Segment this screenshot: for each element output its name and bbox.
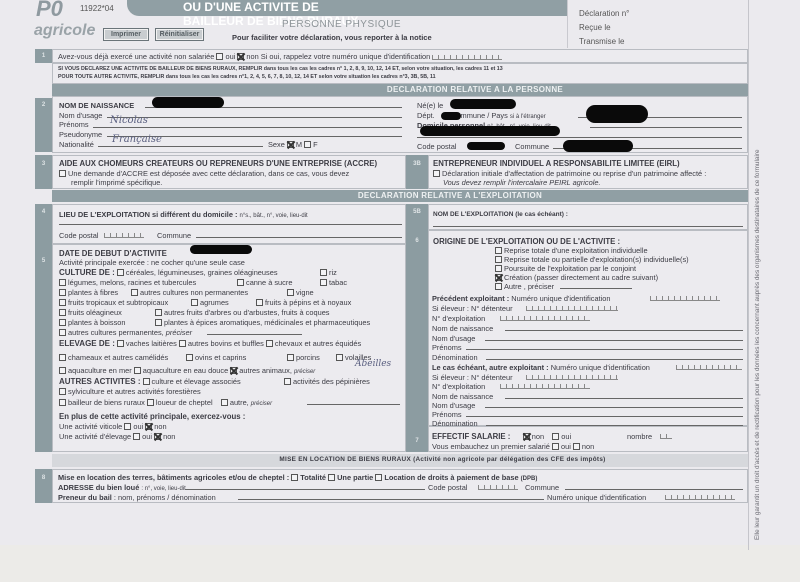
farm-postal-input[interactable] xyxy=(104,231,144,238)
other-row-landlord: bailleur de biens ruraux loueur de chept… xyxy=(59,398,272,407)
staff-count-input[interactable] xyxy=(660,432,672,439)
first-hire-yes-checkbox[interactable] xyxy=(552,443,559,450)
prev-usage-name-input[interactable] xyxy=(485,340,743,341)
culture-fibres: plantes à fibres xyxy=(59,288,118,297)
livestock-sheep: ovins et caprins xyxy=(186,353,246,362)
cerfa-number: 11922*04 xyxy=(80,4,114,13)
redaction xyxy=(586,105,648,123)
eirl-option[interactable]: Déclaration initiale d'affectation de pa… xyxy=(433,169,706,178)
reset-button[interactable]: Réinitialiser xyxy=(155,28,204,41)
form-agricole-logo: agricole xyxy=(34,22,95,40)
other-operator-id-input[interactable] xyxy=(676,363,742,370)
prev-operator-id-input[interactable] xyxy=(650,294,720,301)
origin-checkbox[interactable] xyxy=(495,283,502,290)
culture-spices: plantes à épices aromatiques, médicinale… xyxy=(155,318,370,327)
culture-beverage: plantes à boisson xyxy=(59,318,126,327)
livestock-camelids: chameaux et autres camélidés xyxy=(59,353,168,362)
home-address-line2[interactable] xyxy=(417,137,742,138)
livestock-checkbox[interactable] xyxy=(266,340,273,347)
first-names-label: Prénoms xyxy=(59,120,89,129)
culture-checkbox[interactable] xyxy=(320,279,327,286)
birth-date-label: Né(e) le xyxy=(417,101,443,110)
prev-farm-no-input[interactable] xyxy=(500,314,590,321)
home-address-input[interactable] xyxy=(590,127,742,128)
section-number: 8 xyxy=(35,469,52,503)
instructions-landlord: SI VOUS DECLAREZ UNE ACTIVITE DE BAILLEU… xyxy=(58,66,503,72)
first-names-value: Nicolas xyxy=(110,115,148,126)
redaction xyxy=(420,126,560,136)
prior-activity-yes-checkbox[interactable] xyxy=(216,53,223,60)
livestock-checkbox[interactable] xyxy=(59,354,66,361)
admin-box: Déclaration n° Reçue le Transmise le xyxy=(567,0,747,48)
livestock-row-1: ELEVAGE DE : vaches laitières autres bov… xyxy=(59,339,361,348)
sex-field: Sexe M F xyxy=(268,140,318,149)
band-exploitation: DECLARATION RELATIVE A L'EXPLOITATION xyxy=(52,190,748,202)
birth-name-label: NOM DE NAISSANCE xyxy=(59,101,134,110)
redaction xyxy=(450,99,516,109)
culture-specify-input[interactable] xyxy=(207,334,302,335)
nationality-label: Nationalité xyxy=(59,140,94,149)
usage-name-input[interactable] xyxy=(107,117,402,118)
culture-citrus: agrumes xyxy=(191,298,229,307)
form-page: P0 agricole 11922*04 Imprimer Réinitiali… xyxy=(0,0,800,582)
margin-divider xyxy=(748,0,749,550)
prior-activity-question: Avez-vous déjà exercé une activité non s… xyxy=(58,52,502,61)
rental-postal-label: Code postal xyxy=(428,483,467,492)
section-number: 5 xyxy=(35,244,52,452)
redaction xyxy=(190,245,252,254)
rental-dpb-checkbox[interactable] xyxy=(375,474,382,481)
additional-activity-label: En plus de cette activité principale, ex… xyxy=(59,412,245,421)
other-birth-name-input[interactable] xyxy=(505,398,743,399)
eirl-checkbox[interactable] xyxy=(433,170,440,177)
other-activity-checkbox[interactable] xyxy=(143,378,150,385)
culture-checkbox[interactable] xyxy=(155,319,162,326)
main-activity-hint: Activité principale exercée : ne cocher … xyxy=(59,258,245,267)
accre-option[interactable]: Une demande d'ACCRE est déposée avec cet… xyxy=(59,169,349,178)
band-rental: MISE EN LOCATION DE BIENS RURAUX (Activi… xyxy=(52,454,748,467)
culture-rice: riz xyxy=(320,268,337,277)
form-subtitle: PERSONNE PHYSIQUE xyxy=(282,19,401,30)
usage-name-label: Nom d'usage xyxy=(59,111,102,120)
form-title-tail xyxy=(367,0,567,16)
other-activity-checkbox[interactable] xyxy=(221,399,228,406)
prev-breeder-input[interactable] xyxy=(526,304,618,311)
farm-commune-label: Commune xyxy=(157,231,191,240)
livestock-checkbox[interactable] xyxy=(336,354,343,361)
culture-vine: vigne xyxy=(287,288,314,297)
culture-sugarcane: canne à sucre xyxy=(237,278,292,287)
first-hire-row: Vous embauchez un premier salarié oui no… xyxy=(432,442,594,451)
farm-name-input[interactable] xyxy=(433,226,743,227)
first-names-input[interactable] xyxy=(93,127,402,128)
wine-yes-checkbox[interactable] xyxy=(124,423,131,430)
rental-id-input[interactable] xyxy=(665,493,735,500)
culture-tobacco: tabac xyxy=(320,278,347,287)
privacy-notice: Elle leur garantit un droit d'accès et d… xyxy=(754,149,761,540)
wine-activity-row: Une activité viticole oui non xyxy=(59,422,167,431)
rental-part-checkbox[interactable] xyxy=(328,474,335,481)
tenant-input[interactable] xyxy=(238,499,544,500)
prev-usage-name-label: Nom d'usage xyxy=(432,334,475,343)
culture-row-1: CULTURE DE : céréales, légumineuses, gra… xyxy=(59,268,278,277)
other-operator-id-row: Le cas échéant, autre exploitant : Numér… xyxy=(432,363,650,372)
home-commune-label: Commune xyxy=(515,142,549,151)
livestock-checkbox[interactable] xyxy=(134,367,141,374)
origin-checkbox[interactable] xyxy=(495,265,502,272)
nationality-value: Française xyxy=(112,134,162,145)
origin-title: ORIGINE DE L'EXPLOITATION OU DE L'ACTIVI… xyxy=(433,237,620,246)
section-number: 6 xyxy=(406,230,428,426)
staff-no-checkbox[interactable] xyxy=(523,433,530,440)
culture-checkbox[interactable] xyxy=(237,279,244,286)
other-specify-input[interactable] xyxy=(307,404,400,405)
print-button[interactable]: Imprimer xyxy=(103,28,149,41)
form-title: OU D'UNE ACTIVITE DE BAILLEUR DE BIENS R… xyxy=(127,0,367,16)
section-number: 7 xyxy=(406,426,428,452)
farm-name-label: NOM DE L'EXPLOITATION (le cas échéant) : xyxy=(433,211,568,218)
received-date-field[interactable]: Reçue le xyxy=(579,23,744,32)
tenant-label: Preneur du bail : nom, prénoms / dénomin… xyxy=(58,493,216,502)
culture-permanent: autres cultures permanentes, préciser xyxy=(59,328,192,337)
culture-tropical: fruits tropicaux et subtropicaux xyxy=(59,298,168,307)
livestock-row-3: aquaculture en mer aquaculture en eau do… xyxy=(59,366,315,375)
breeding-no-checkbox[interactable] xyxy=(154,433,161,440)
culture-checkbox[interactable] xyxy=(191,299,198,306)
other-activity-checkbox[interactable] xyxy=(147,399,154,406)
other-usage-name-label: Nom d'usage xyxy=(432,401,475,410)
eirl-note: Vous devez remplir l'intercalaire PEIRL … xyxy=(443,178,601,187)
section-number: 3B xyxy=(406,155,428,189)
redaction xyxy=(441,112,461,120)
band-person: DECLARATION RELATIVE A LA PERSONNE xyxy=(52,84,748,96)
start-date-label: DATE DE DEBUT D'ACTIVITE xyxy=(59,249,167,258)
origin-checkbox[interactable] xyxy=(495,256,502,263)
notice-hint: Pour faciliter votre déclaration, vous r… xyxy=(232,33,432,42)
livestock-specify-value: Abeilles xyxy=(355,359,391,369)
prev-denomination-label: Dénomination xyxy=(432,353,478,362)
other-farm-no-input[interactable] xyxy=(500,382,590,389)
farm-location-input[interactable] xyxy=(59,224,402,225)
prev-breeder-label: Si éleveur : N° détenteur xyxy=(432,304,513,313)
farm-postal-label: Code postal xyxy=(59,231,98,240)
instructions-other: POUR TOUTE AUTRE ACTIVITE, REMPLIR dans … xyxy=(58,74,436,80)
livestock-checkbox[interactable] xyxy=(287,354,294,361)
redaction xyxy=(563,140,633,152)
other-usage-name-input[interactable] xyxy=(485,407,743,408)
prior-id-input[interactable] xyxy=(432,53,502,60)
staff-yes-checkbox[interactable] xyxy=(552,433,559,440)
eirl-title: ENTREPRENEUR INDIVIDUEL A RESPONSABILITE… xyxy=(433,159,680,168)
other-breeder-input[interactable] xyxy=(526,373,618,380)
livestock-checkbox[interactable] xyxy=(117,340,124,347)
culture-checkbox[interactable] xyxy=(59,299,66,306)
origin-checkbox[interactable] xyxy=(495,274,502,281)
other-farm-no-label: N° d'exploitation xyxy=(432,382,485,391)
culture-checkbox[interactable] xyxy=(59,279,66,286)
other-birth-name-label: Nom de naissance xyxy=(432,392,493,401)
rental-address-label: ADRESSE du bien loué : n°, voie, lieu-di… xyxy=(58,483,186,492)
farm-location-label: LIEU DE L'EXPLOITATION si différent du d… xyxy=(59,210,308,219)
prev-birth-name-input[interactable] xyxy=(505,330,743,331)
redaction xyxy=(152,97,224,108)
section-number: 1 xyxy=(35,49,52,63)
rental-total-checkbox[interactable] xyxy=(291,474,298,481)
rental-commune-input[interactable] xyxy=(565,489,743,490)
declaration-number-field[interactable]: Déclaration n° xyxy=(579,9,744,18)
other-first-names-label: Prénoms xyxy=(432,410,462,419)
rental-commune-label: Commune xyxy=(525,483,559,492)
section-number: 3 xyxy=(35,155,52,189)
other-activity-checkbox[interactable] xyxy=(59,399,66,406)
first-hire-no-checkbox[interactable] xyxy=(573,443,580,450)
culture-checkbox[interactable] xyxy=(256,299,263,306)
culture-checkbox[interactable] xyxy=(59,319,66,326)
other-nurseries: activités des pépinières xyxy=(284,377,370,386)
livestock-checkbox[interactable] xyxy=(186,354,193,361)
culture-nonpermanent: autres cultures non permanentes xyxy=(131,288,248,297)
redaction xyxy=(467,142,505,150)
breeding-yes-checkbox[interactable] xyxy=(133,433,140,440)
culture-checkbox[interactable] xyxy=(59,329,66,336)
accre-checkbox[interactable] xyxy=(59,170,66,177)
other-forestry: sylviculture et autres activités foresti… xyxy=(59,387,201,396)
accre-option-cont: remplir l'imprimé spécifique. xyxy=(71,178,162,187)
origin-checkbox[interactable] xyxy=(495,247,502,254)
home-postal-label: Code postal xyxy=(417,142,456,151)
nationality-input[interactable] xyxy=(98,146,263,147)
culture-vegetables: légumes, melons, racines et tubercules xyxy=(59,278,196,287)
sex-m-checkbox[interactable] xyxy=(287,141,294,148)
culture-oleaginous: fruits oléagineux xyxy=(59,308,122,317)
livestock-checkbox[interactable] xyxy=(179,340,186,347)
livestock-pigs: porcins xyxy=(287,353,320,362)
origin-option: Reprise totale d'une exploitation indivi… xyxy=(495,246,648,255)
livestock-other-checkbox[interactable] xyxy=(230,367,237,374)
section-number: 2 xyxy=(35,98,52,152)
birth-place-label: Dépt. Commune / Pays si à l'étranger xyxy=(417,111,546,120)
prior-activity-no-checkbox[interactable] xyxy=(237,53,244,60)
origin-option: Poursuite de l'exploitation par le conjo… xyxy=(495,264,636,273)
other-activities-row: AUTRES ACTIVITES : culture et élevage as… xyxy=(59,377,241,386)
rental-type-row: Mise en location des terres, bâtiments a… xyxy=(58,473,537,482)
rental-id-label: Numéro unique d'identification xyxy=(547,493,646,502)
wine-no-checkbox[interactable] xyxy=(145,423,152,430)
prev-operator-id-row: Précédent exploitant : Numéro unique d'i… xyxy=(432,294,610,303)
other-activity-checkbox[interactable] xyxy=(59,388,66,395)
section-number: 4 xyxy=(35,204,52,244)
sex-f-checkbox[interactable] xyxy=(304,141,311,148)
culture-other-fruits: autres fruits d'arbres ou d'arbustes, fr… xyxy=(155,308,330,317)
other-breeder-label: Si éleveur : N° détenteur xyxy=(432,373,513,382)
prev-denomination-input[interactable] xyxy=(486,359,743,360)
prev-first-names-label: Prénoms xyxy=(432,343,462,352)
origin-option-creation: Création (passer directement au cadre su… xyxy=(495,273,658,282)
culture-checkbox[interactable] xyxy=(131,289,138,296)
rental-address-input[interactable] xyxy=(185,489,425,490)
accre-title: AIDE AUX CHOMEURS CREATEURS OU REPRENEUR… xyxy=(59,159,377,168)
staff-row: EFFECTIF SALARIE : non oui xyxy=(432,432,571,441)
transmitted-date-field[interactable]: Transmise le xyxy=(579,37,744,46)
other-first-names-input[interactable] xyxy=(466,416,743,417)
rental-postal-input[interactable] xyxy=(478,483,518,490)
other-activity-checkbox[interactable] xyxy=(284,378,291,385)
scan-margin xyxy=(0,545,800,582)
origin-option: Reprise totale ou partielle d'exploitati… xyxy=(495,255,689,264)
culture-checkbox[interactable] xyxy=(155,309,162,316)
form-code-logo: P0 xyxy=(36,0,63,22)
culture-pome: fruits à pépins et à noyaux xyxy=(256,298,351,307)
culture-checkbox[interactable] xyxy=(287,289,294,296)
culture-checkbox[interactable] xyxy=(59,289,66,296)
origin-specify-input[interactable] xyxy=(560,288,632,289)
staff-count-label: nombre xyxy=(627,432,652,441)
breeding-activity-row: Une activité d'élevage oui non xyxy=(59,432,175,441)
prev-farm-no-label: N° d'exploitation xyxy=(432,314,485,323)
culture-checkbox[interactable] xyxy=(59,309,66,316)
pseudonym-label: Pseudonyme xyxy=(59,130,102,139)
section-number: 5B xyxy=(406,204,428,230)
culture-checkbox[interactable] xyxy=(117,269,124,276)
farm-commune-input[interactable] xyxy=(196,237,402,238)
prev-birth-name-label: Nom de naissance xyxy=(432,324,493,333)
prev-first-names-input[interactable] xyxy=(466,349,743,350)
culture-checkbox[interactable] xyxy=(320,269,327,276)
origin-option-other: Autre , préciser xyxy=(495,282,554,291)
livestock-checkbox[interactable] xyxy=(59,367,66,374)
